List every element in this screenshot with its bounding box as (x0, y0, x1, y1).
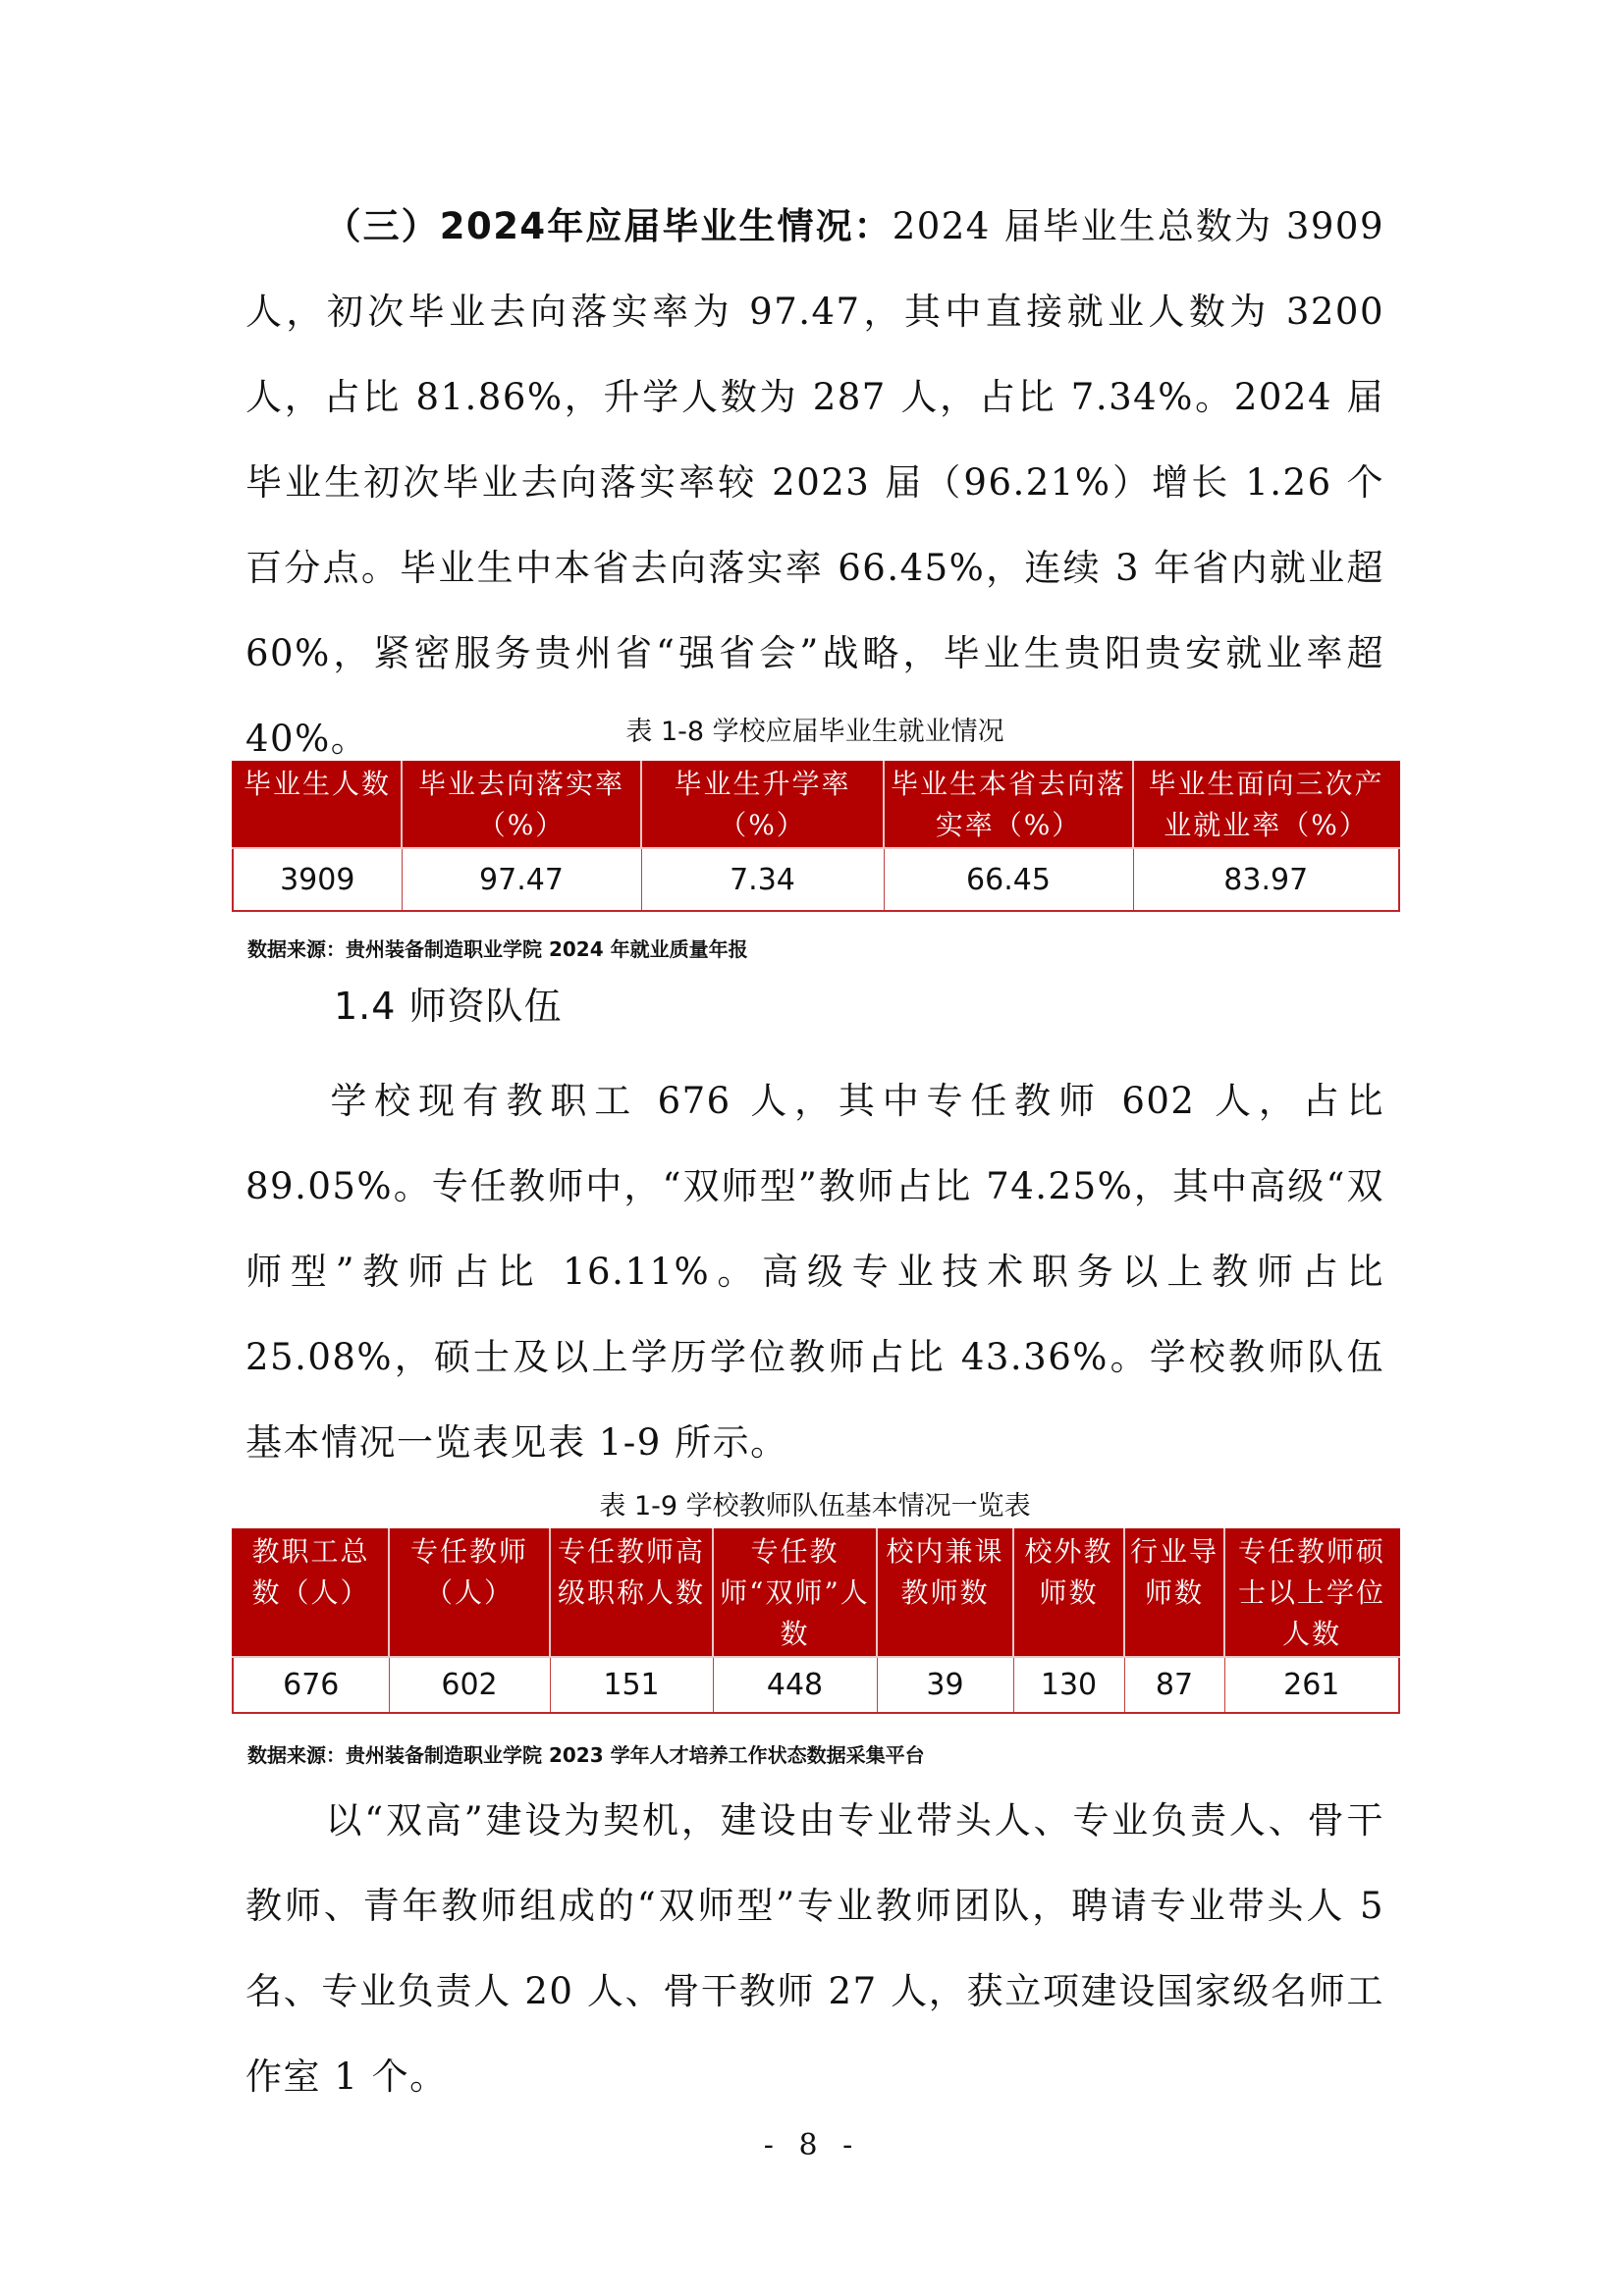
table-row: 676 602 151 448 39 130 87 261 (233, 1657, 1399, 1713)
header-cell: 专任教师硕士以上学位人数 (1224, 1529, 1399, 1657)
table-1-8-caption: 表 1-8 学校应届毕业生就业情况 (232, 716, 1398, 749)
table-1-9-source: 数据来源：贵州装备制造职业学院 2023 学年人才培养工作状态数据采集平台 (247, 1741, 925, 1769)
section-heading: 1.4 师资队伍 (334, 982, 563, 1031)
cell: 676 (233, 1657, 389, 1713)
team-text: 以“双高”建设为契机，建设由专业带头人、专业负责人、骨干教师、青年教师组成的“双… (245, 1799, 1384, 2098)
table-1-9: 教职工总数（人） 专任教师（人） 专任教师高级职称人数 专任教师“双师”人数 校… (232, 1528, 1400, 1714)
graduates-paragraph: （三）2024年应届毕业生情况：2024 届毕业生总数为 3909 人，初次毕业… (245, 184, 1384, 781)
table-1-8-source: 数据来源：贵州装备制造职业学院 2024 年就业质量年报 (247, 935, 748, 963)
faculty-text: 学校现有教职工 676 人，其中专任教师 602 人，占比 89.05%。专任教… (245, 1080, 1384, 1464)
header-cell: 专任教师（人） (389, 1529, 550, 1657)
cell: 448 (713, 1657, 877, 1713)
header-cell: 毕业去向落实率（%） (402, 762, 641, 848)
header-cell: 毕业生本省去向落实率（%） (884, 762, 1133, 848)
section-lead: （三）2024年应届毕业生情况： (324, 205, 893, 247)
document-page: （三）2024年应届毕业生情况：2024 届毕业生总数为 3909 人，初次毕业… (0, 0, 1624, 2296)
team-paragraph: 以“双高”建设为契机，建设由专业带头人、专业负责人、骨干教师、青年教师组成的“双… (245, 1778, 1384, 2119)
header-cell: 专任教师“双师”人数 (713, 1529, 877, 1657)
header-cell: 校外教师数 (1013, 1529, 1124, 1657)
header-cell: 行业导师数 (1124, 1529, 1224, 1657)
cell: 66.45 (884, 848, 1133, 911)
cell: 7.34 (641, 848, 884, 911)
table-1-8: 毕业生人数 毕业去向落实率（%） 毕业生升学率（%） 毕业生本省去向落实率（%）… (232, 761, 1400, 912)
faculty-paragraph: 学校现有教职工 676 人，其中专任教师 602 人，占比 89.05%。专任教… (245, 1058, 1384, 1485)
header-cell: 专任教师高级职称人数 (550, 1529, 713, 1657)
header-cell: 教职工总数（人） (233, 1529, 389, 1657)
cell: 97.47 (402, 848, 641, 911)
header-cell: 毕业生面向三次产业就业率（%） (1133, 762, 1399, 848)
header-cell: 毕业生升学率（%） (641, 762, 884, 848)
cell: 261 (1224, 1657, 1399, 1713)
table-row: 3909 97.47 7.34 66.45 83.97 (233, 848, 1399, 911)
cell: 151 (550, 1657, 713, 1713)
cell: 3909 (233, 848, 402, 911)
cell: 602 (389, 1657, 550, 1713)
table-header-row: 毕业生人数 毕业去向落实率（%） 毕业生升学率（%） 毕业生本省去向落实率（%）… (233, 762, 1399, 848)
header-cell: 校内兼课教师数 (877, 1529, 1013, 1657)
table-1-9-caption: 表 1-9 学校教师队伍基本情况一览表 (232, 1490, 1398, 1523)
page-number: - 8 - (714, 2128, 910, 2163)
cell: 130 (1013, 1657, 1124, 1713)
table-header-row: 教职工总数（人） 专任教师（人） 专任教师高级职称人数 专任教师“双师”人数 校… (233, 1529, 1399, 1657)
cell: 83.97 (1133, 848, 1399, 911)
graduates-text: 2024 届毕业生总数为 3909 人，初次毕业去向落实率为 97.47，其中直… (245, 205, 1384, 760)
cell: 87 (1124, 1657, 1224, 1713)
header-cell: 毕业生人数 (233, 762, 402, 848)
cell: 39 (877, 1657, 1013, 1713)
